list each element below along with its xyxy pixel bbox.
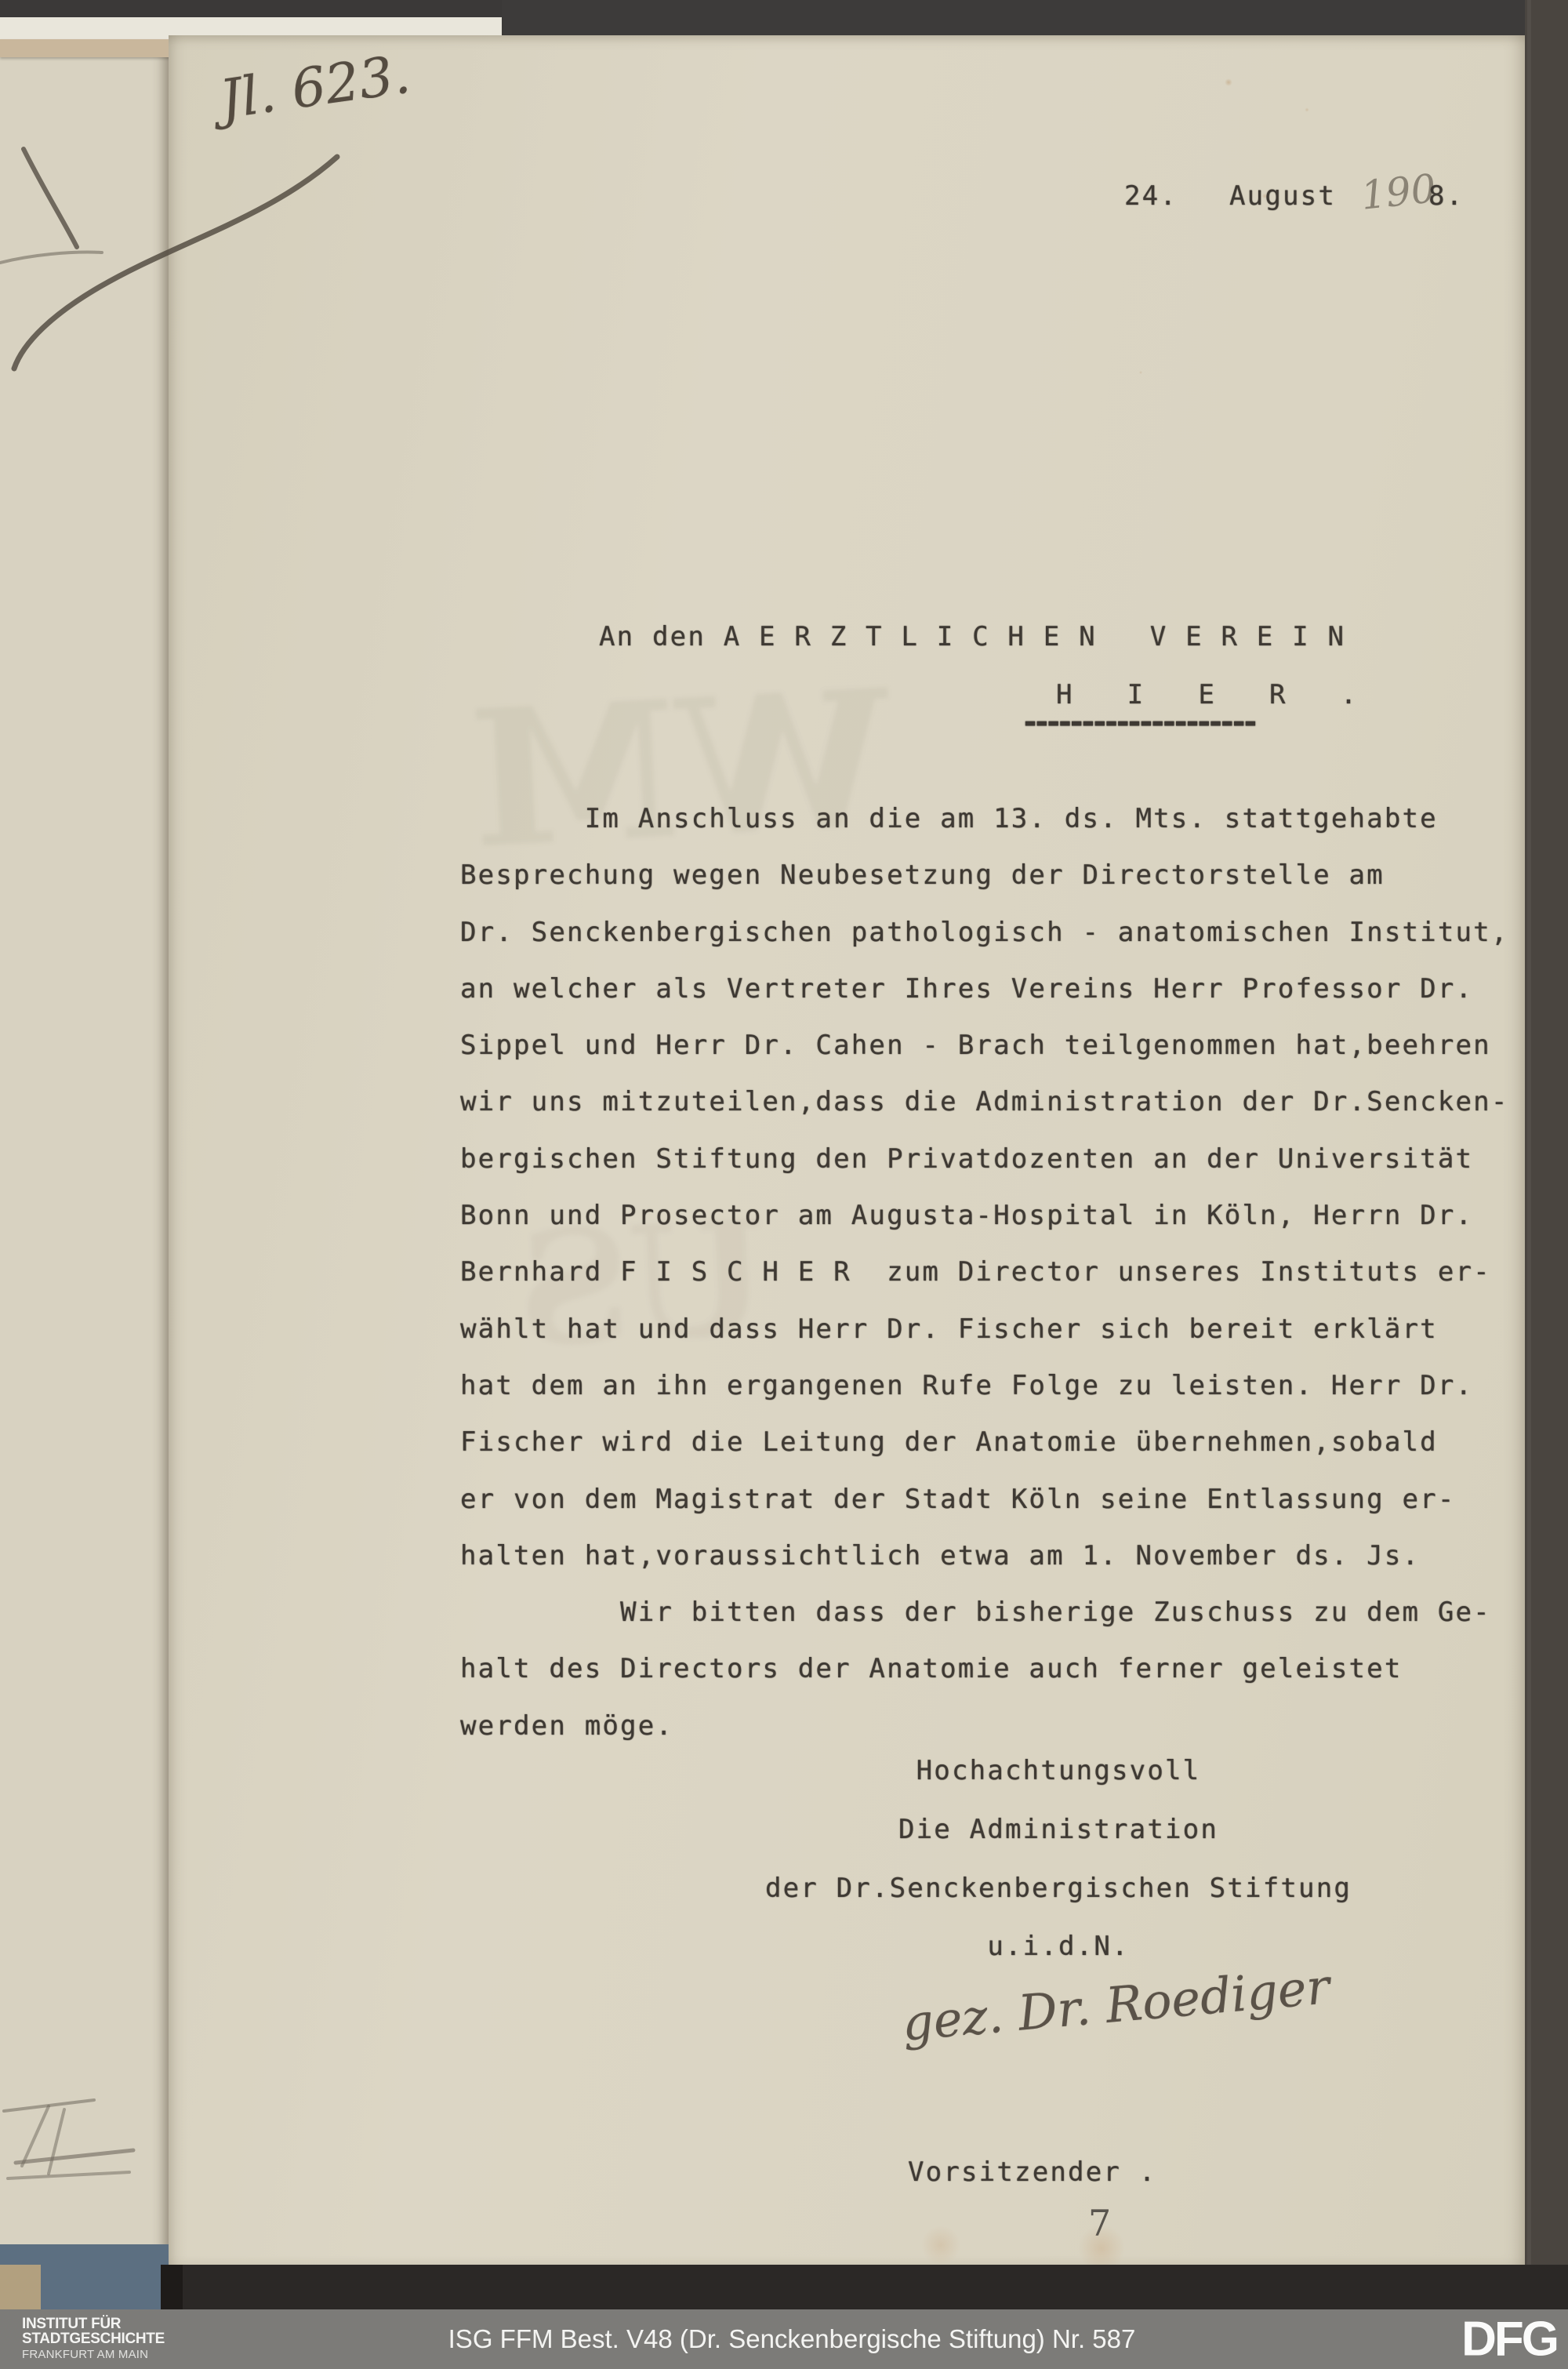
recipient-line: An den A E R Z T L I C H E N V E R E I N — [599, 621, 1345, 652]
background-right-band — [1525, 0, 1568, 2369]
scanned-document: Jl. 623. 24. August 190 8. An den A E R … — [0, 0, 1568, 2369]
institution-name-line2: STADTGESCHICHTE — [22, 2331, 165, 2346]
body-line: Wir bitten dass der bisherige Zuschuss z… — [460, 1584, 1526, 1640]
archive-footer-bar: INSTITUT FÜR STADTGESCHICHTE FRANKFURT A… — [0, 2309, 1568, 2369]
institution-name-line1: INSTITUT FÜR — [22, 2316, 165, 2331]
body-line: werden möge. — [460, 1698, 1526, 1754]
body-line: Sippel und Herr Dr. Cahen - Brach teilge… — [460, 1017, 1526, 1074]
body-line: Bernhard F I S C H E R zum Director unse… — [460, 1244, 1526, 1300]
date-day: 24. — [1124, 180, 1178, 212]
body-line: wählt hat und dass Herr Dr. Fischer sich… — [460, 1301, 1526, 1357]
body-line: halten hat,voraussichtlich etwa am 1. No… — [460, 1528, 1526, 1584]
body-line: Fischer wird die Leitung der Anatomie üb… — [460, 1414, 1526, 1470]
closing-salutation: Hochachtungsvoll — [666, 1755, 1450, 1786]
body-line: wir uns mitzuteilen,dass die Administrat… — [460, 1074, 1526, 1130]
body-line: Besprechung wegen Neubesetzung der Direc… — [460, 847, 1526, 903]
dfg-logo: DFG — [1461, 2312, 1557, 2367]
letter-body: Im Anschluss an die am 13. ds. Mts. stat… — [460, 790, 1526, 1754]
background-bottom-band — [0, 2265, 1568, 2312]
page-edge-highlight — [1527, 0, 1531, 2313]
body-line: halt des Directors der Anatomie auch fer… — [460, 1640, 1526, 1697]
body-line: Im Anschluss an die am 13. ds. Mts. stat… — [460, 790, 1526, 847]
page-number-handwritten: 7 — [1088, 2202, 1111, 2244]
date-year-handwritten: 190 — [1359, 165, 1438, 219]
institution-block: INSTITUT FÜR STADTGESCHICHTE FRANKFURT A… — [22, 2316, 165, 2362]
date-month: August — [1229, 180, 1336, 212]
body-line: Bonn und Prosector am Augusta-Hospital i… — [460, 1187, 1526, 1244]
recipient-underline: -------------------- — [1021, 704, 1253, 740]
body-line: an welcher als Vertreter Ihres Vereins H… — [460, 961, 1526, 1017]
closing-sender-2: der Dr.Senckenbergischen Stiftung — [666, 1873, 1450, 1904]
body-line: hat dem an ihn ergangenen Rufe Folge zu … — [460, 1357, 1526, 1414]
closing-sender-1: Die Administration — [666, 1814, 1450, 1845]
background-top-band-right — [502, 0, 1568, 36]
date-year-typed: 8. — [1428, 180, 1464, 212]
archive-reference: ISG FFM Best. V48 (Dr. Senckenbergische … — [448, 2324, 1136, 2354]
body-line: Dr. Senckenbergischen pathologisch - ana… — [460, 904, 1526, 961]
binding-gap-shadow — [161, 2265, 183, 2309]
closing-abbreviation: u.i.d.N. — [666, 1931, 1450, 1962]
signer-role: Vorsitzender . — [908, 2156, 1156, 2188]
book-page-edge-strip — [0, 0, 169, 2309]
body-line: er von dem Magistrat der Stadt Köln sein… — [460, 1471, 1526, 1528]
institution-city: FRANKFURT AM MAIN — [22, 2347, 165, 2362]
body-line: bergischen Stiftung den Privatdozenten a… — [460, 1131, 1526, 1187]
tan-paper-corner — [0, 2265, 41, 2309]
